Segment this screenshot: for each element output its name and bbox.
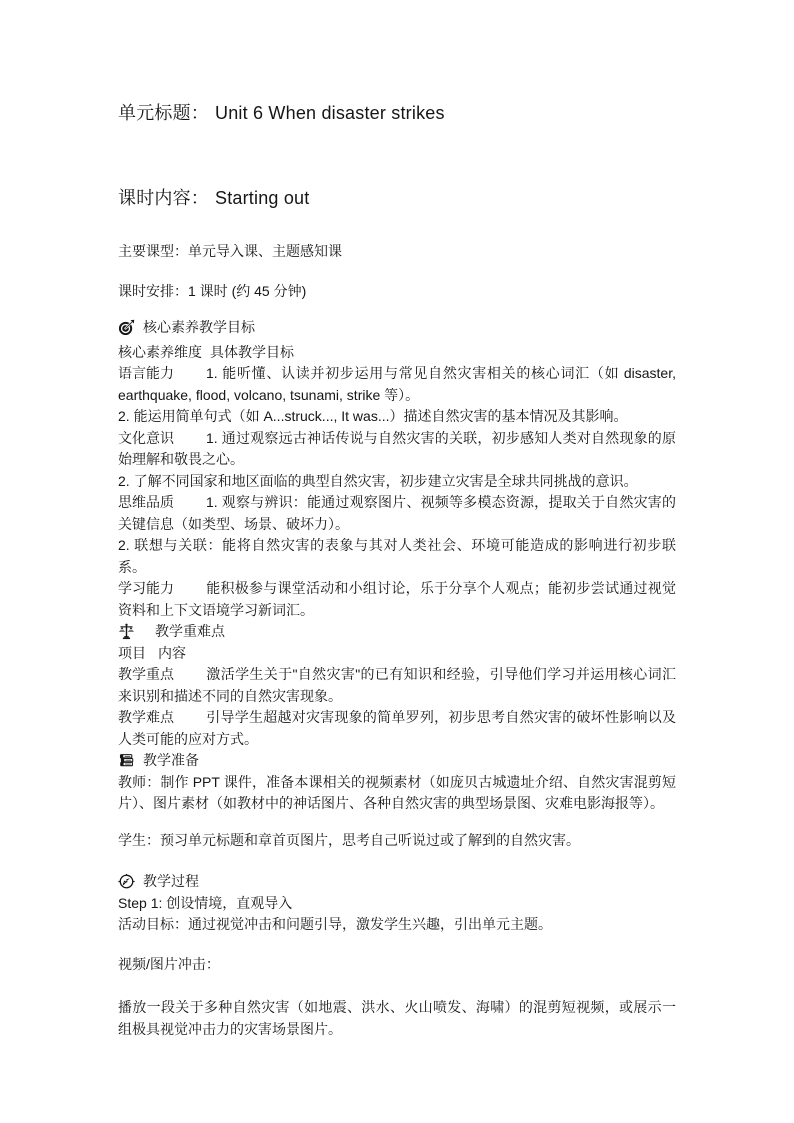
key-points-column-content: 内容: [158, 645, 186, 661]
preparation-teacher: 教师：制作 PPT 课件，准备本课相关的视频素材（如庞贝古城遗址介绍、自然灾害混…: [118, 772, 676, 815]
objective-dimension-thinking: 思维品质: [118, 492, 206, 514]
key-points-column-header: 项目内容: [118, 643, 676, 665]
objectives-column-goal: 具体教学目标: [210, 344, 294, 360]
process-description: 播放一段关于多种自然灾害（如地震、洪水、火山喷发、海啸）的混剪短视频，或展示一组…: [118, 997, 676, 1040]
key-point-row-focus: 教学重点激活学生关于"自然灾害"的已有知识和经验，引导他们学习并运用核心词汇来识…: [118, 664, 676, 707]
schedule-line: 课时安排：1 课时 (约 45 分钟): [118, 281, 676, 303]
process-subheading: 视频/图片冲击：: [118, 954, 676, 976]
preparation-student: 学生：预习单元标题和章首页图片，思考自己听说过或了解到的自然灾害。: [118, 830, 676, 852]
objective-row-culture: 文化意识1. 通过观察远古神话传说与自然灾害的关联，初步感知人类对自然现象的原始…: [118, 428, 676, 471]
unit-title-label: 单元标题：: [118, 103, 209, 123]
objectives-column-dimension: 核心素养维度: [118, 342, 210, 364]
books-icon: [118, 752, 135, 769]
objective-row-learning: 学习能力能积极参与课堂活动和小组讨论，乐于分享个人观点；能初步尝试通过视觉资料和…: [118, 578, 676, 621]
preparation-heading-text: 教学准备: [143, 750, 199, 772]
objective-row-thinking: 思维品质1. 观察与辨识：能通过观察图片、视频等多模态资源，提取关于自然灾害的关…: [118, 492, 676, 535]
preparation-section-heading: 教学准备: [118, 750, 676, 772]
objective-dimension-learning: 学习能力: [118, 578, 206, 600]
objective-goal-language-2: 2. 能运用简单句式（如 A...struck..., It was...）描述…: [118, 406, 676, 428]
objective-row-language: 语言能力1. 能听懂、认读并初步运用与常见自然灾害相关的核心词汇（如 disas…: [118, 363, 676, 406]
key-point-label-difficulty: 教学难点: [118, 707, 206, 729]
process-section-heading: 教学过程: [118, 871, 676, 893]
key-point-row-difficulty: 教学难点引导学生超越对灾害现象的简单罗列，初步思考自然灾害的破坏性影响以及人类可…: [118, 707, 676, 750]
unit-title-value: Unit 6 When disaster strikes: [215, 103, 445, 123]
scales-icon: [118, 623, 135, 640]
process-activity-goal: 活动目标：通过视觉冲击和问题引导，激发学生兴趣，引出单元主题。: [118, 914, 676, 936]
lesson-content-label: 课时内容：: [118, 188, 209, 208]
unit-title: 单元标题：Unit 6 When disaster strikes: [118, 101, 676, 125]
process-heading-text: 教学过程: [143, 871, 199, 893]
objectives-section-heading: 核心素养教学目标: [118, 317, 676, 339]
key-points-section-heading: 教学重难点: [118, 621, 676, 643]
course-type-line: 主要课型：单元导入课、主题感知课: [118, 241, 676, 263]
objective-goal-thinking-2: 2. 联想与关联：能将自然灾害的表象与其对人类社会、环境可能造成的影响进行初步联…: [118, 535, 676, 578]
key-points-heading-text: 教学重难点: [155, 621, 225, 643]
key-points-column-item: 项目: [118, 643, 158, 665]
compass-icon: [118, 873, 135, 890]
objective-goal-culture-2: 2. 了解不同国家和地区面临的典型自然灾害，初步建立灾害是全球共同挑战的意识。: [118, 471, 676, 493]
objective-dimension-culture: 文化意识: [118, 428, 206, 450]
objectives-column-header: 核心素养维度具体教学目标: [118, 342, 676, 364]
objectives-heading-text: 核心素养教学目标: [143, 317, 255, 339]
lesson-content-title: 课时内容：Starting out: [118, 186, 676, 210]
objective-dimension-language: 语言能力: [118, 363, 206, 385]
key-point-label-focus: 教学重点: [118, 664, 206, 686]
document-page: 单元标题：Unit 6 When disaster strikes 课时内容：S…: [0, 0, 794, 1123]
process-step: Step 1: 创设情境，直观导入: [118, 893, 676, 915]
target-icon: [118, 319, 135, 336]
lesson-content-value: Starting out: [215, 188, 309, 208]
